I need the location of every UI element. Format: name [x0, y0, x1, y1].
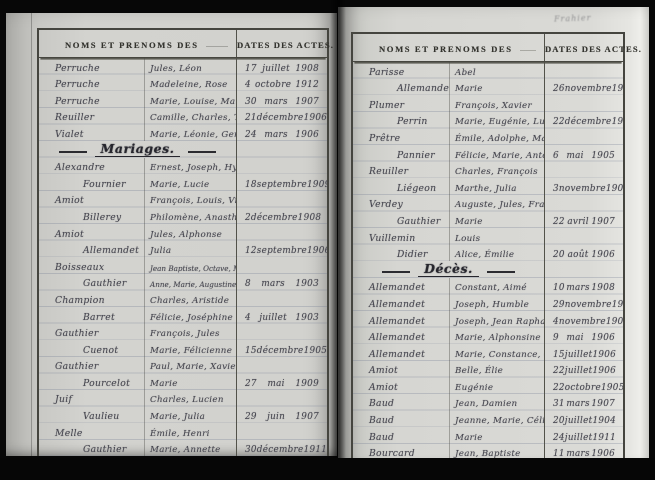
act-date: 22juillet1906 [545, 361, 623, 378]
act-date: 21décembre1906 [237, 108, 327, 125]
register-row: Allemandet Julia 12septembre1906 [39, 241, 327, 258]
act-date [545, 162, 623, 179]
surname: Vialet [39, 124, 145, 141]
given-names: François, Jules [145, 324, 237, 341]
section-heading: Décès. [353, 261, 545, 278]
surname: Juif [39, 390, 145, 407]
register-row: Plumer François, Xavier [353, 95, 623, 112]
given-names: Madeleine, Rose [145, 75, 237, 92]
register-row: Vaulieu Marie, Julia 29juin1907 [39, 406, 327, 423]
register-row: Alexandre Ernest, Joseph, Hyacinthe [39, 158, 327, 175]
register-row: Perruche Marie, Louise, Marguerite 30mar… [39, 91, 327, 108]
act-date [237, 290, 327, 307]
surname: Baud [353, 394, 450, 411]
act-date [237, 158, 327, 175]
dash-icon [487, 271, 515, 273]
register-page-left: NOMS ET PRENOMS DES DATES DES ACTES. Per… [6, 13, 337, 456]
act-date [237, 423, 327, 440]
act-date: 30mars1907 [237, 91, 327, 108]
surname: Fournier [39, 174, 145, 191]
header-dates-cell: DATES DES ACTES. [545, 42, 642, 54]
surname: Baud [353, 410, 450, 427]
surname: Perrin [353, 112, 450, 129]
surname: Perruche [39, 58, 145, 75]
given-names: Émile, Adolphe, Marie [450, 128, 545, 145]
given-names: Abel [450, 62, 545, 79]
header-dates-label: DATES DES ACTES. [545, 44, 642, 54]
surname: Baud [353, 427, 450, 444]
given-names: Marie, Louise, Marguerite [145, 91, 237, 108]
dash-icon [382, 271, 410, 273]
section-heading-row: Décès. [353, 261, 623, 278]
register-row: Allemandet Joseph, Jean Raphaël 4novembr… [353, 311, 623, 328]
surname: Amiot [39, 191, 145, 208]
register-row: Perruche Madeleine, Rose 4octobre1912 [39, 75, 327, 92]
given-names: Jean Baptiste, Octave, Maurice, Auguste [145, 257, 237, 274]
scan-background [0, 458, 655, 480]
act-date: 26novembre1904 [545, 79, 623, 96]
given-names: Marie [450, 427, 545, 444]
act-date: 2décembre1908 [237, 207, 327, 224]
register-row: Amiot François, Louis, Virgile [39, 191, 327, 208]
register-row: Pannier Félicie, Marie, Antoinette 6mai1… [353, 145, 623, 162]
act-date [237, 224, 327, 241]
act-date [237, 191, 327, 208]
given-names: Charles, François [450, 162, 545, 179]
surname: Verdey [353, 195, 450, 212]
act-date: 4juillet1903 [237, 307, 327, 324]
register-row: Didier Alice, Émilie 20août1906 [353, 245, 623, 262]
register-row: Gauthier Marie, Annette 30décembre1911 [39, 440, 327, 456]
given-names: Auguste, Jules, François [450, 195, 545, 212]
surname: Prêtre [353, 128, 450, 145]
surname: Allemandet [353, 328, 450, 345]
register-row: Verdey Auguste, Jules, François [353, 195, 623, 212]
surname: Perruche [39, 75, 145, 92]
surname: Amiot [39, 224, 145, 241]
given-names: Charles, Lucien [145, 390, 237, 407]
surname: Allemandet [353, 278, 450, 295]
index-table-right: NOMS ET PRENOMS DES DATES DES ACTES. Par… [351, 32, 625, 470]
given-names: Joseph, Jean Raphaël [450, 311, 545, 328]
act-date: 20août1906 [545, 245, 623, 262]
given-names: Marie [450, 211, 545, 228]
act-date: 9mai1906 [545, 328, 623, 345]
register-row: Amiot Eugénie 22octobre1905 [353, 377, 623, 394]
surname: Plumer [353, 95, 450, 112]
surname: Amiot [353, 377, 450, 394]
surname: Allemandet [353, 79, 450, 96]
act-date: 12septembre1906 [237, 241, 327, 258]
section-heading-row: Mariages. [39, 141, 327, 158]
given-names: François, Xavier [450, 95, 545, 112]
act-date: 27mai1909 [237, 373, 327, 390]
surname: Boisseaux [39, 257, 145, 274]
given-names: Belle, Élie [450, 361, 545, 378]
surname: Allemandet [353, 344, 450, 361]
register-row: Amiot Belle, Élie 22juillet1906 [353, 361, 623, 378]
act-date: 31mars1907 [545, 394, 623, 411]
act-date [237, 257, 327, 274]
surname: Barret [39, 307, 145, 324]
register-row: Gauthier François, Jules [39, 324, 327, 341]
given-names: Paul, Marie, Xavier [145, 357, 237, 374]
given-names: Marie, Annette [145, 440, 237, 456]
act-date: 30décembre1911 [237, 440, 327, 456]
act-date: 20juillet1904 [545, 410, 623, 427]
register-row: Allemandet Marie 26novembre1904 [353, 79, 623, 96]
given-names: Alice, Émilie [450, 245, 545, 262]
surname: Parisse [353, 62, 450, 79]
register-row: Boisseaux Jean Baptiste, Octave, Maurice… [39, 257, 327, 274]
given-names: Charles, Aristide [145, 290, 237, 307]
register-row: Vuillemin Louis [353, 228, 623, 245]
dash-icon [59, 151, 87, 153]
register-row: Baud Jeanne, Marie, Célina 20juillet1904 [353, 410, 623, 427]
register-row: Fournier Marie, Lucie 18septembre1909 [39, 174, 327, 191]
act-date: 8mars1903 [237, 274, 327, 291]
surname: Liégeon [353, 178, 450, 195]
register-row: Pourcelot Marie 27mai1909 [39, 373, 327, 390]
given-names: Marie, Alphonsine [450, 328, 545, 345]
register-row: Gauthier Anne, Marie, Augustine, Rosalie… [39, 274, 327, 291]
given-names: Marie, Léonie, Geneviève [145, 124, 237, 141]
given-names: Ernest, Joseph, Hyacinthe [145, 158, 237, 175]
surname: Melle [39, 423, 145, 440]
given-names: Jules, Alphonse [145, 224, 237, 241]
header-dates-cell: DATES DES ACTES. [237, 38, 334, 50]
header-names-cell: NOMS ET PRENOMS DES [353, 34, 545, 61]
header-names-cell: NOMS ET PRENOMS DES [39, 30, 237, 57]
surname: Alexandre [39, 158, 145, 175]
surname: Champion [39, 290, 145, 307]
register-row: Liégeon Marthe, Julia 3novembre1905 [353, 178, 623, 195]
act-date [237, 357, 327, 374]
table-header-left: NOMS ET PRENOMS DES DATES DES ACTES. [39, 30, 327, 58]
surname: Pourcelot [39, 373, 145, 390]
register-row: Baud Marie 24juillet1911 [353, 427, 623, 444]
given-names: Marie, Félicienne [145, 340, 237, 357]
register-row: Cuenot Marie, Félicienne 15décembre1905 [39, 340, 327, 357]
register-row: Melle Émile, Henri [39, 423, 327, 440]
given-names: Julia [145, 241, 237, 258]
given-names: Marie, Lucie [145, 174, 237, 191]
section-label: Mariages. [95, 141, 181, 157]
act-date [545, 62, 623, 79]
header-fill-rule [520, 50, 536, 51]
given-names: Joseph, Humble [450, 294, 545, 311]
act-date [545, 95, 623, 112]
act-date: 24juillet1911 [545, 427, 623, 444]
act-date: 29novembre1908 [545, 294, 623, 311]
register-row: Allemandet Marie, Alphonsine 9mai1906 [353, 328, 623, 345]
register-row: Billerey Philomène, Anasthasie 2décembre… [39, 207, 327, 224]
given-names: Marthe, Julia [450, 178, 545, 195]
register-row: Gauthier Marie 22avril1907 [353, 211, 623, 228]
register-row: Vialet Marie, Léonie, Geneviève 24mars19… [39, 124, 327, 141]
given-names: Émile, Henri [145, 423, 237, 440]
act-date [545, 128, 623, 145]
given-names: Jeanne, Marie, Célina [450, 410, 545, 427]
act-date: 29juin1907 [237, 406, 327, 423]
register-row: Baud Jean, Damien 31mars1907 [353, 394, 623, 411]
given-names: Constant, Aimé [450, 278, 545, 295]
given-names: Anne, Marie, Augustine, Rosalie [145, 274, 237, 291]
header-names-label: NOMS ET PRENOMS DES [379, 44, 513, 54]
page-gutter-shadow [330, 0, 346, 480]
given-names: Marie, Eugénie, Lucie [450, 112, 545, 129]
register-row: Allemandet Marie, Constance, Octavie 15j… [353, 344, 623, 361]
act-date: 15décembre1905 [237, 340, 327, 357]
surname: Amiot [353, 361, 450, 378]
register-row: Allemandet Constant, Aimé 10mars1908 [353, 278, 623, 295]
act-date-empty [545, 261, 623, 278]
surname: Reuiller [353, 162, 450, 179]
dash-icon [188, 151, 216, 153]
surname: Cuenot [39, 340, 145, 357]
register-row: Perruche Jules, Léon 17juillet1908 [39, 58, 327, 75]
act-date: 3novembre1905 [545, 178, 623, 195]
entries-right: Parisse Abel Allemandet Marie 26novembre… [353, 62, 623, 460]
act-date: 22octobre1905 [545, 377, 623, 394]
surname: Gauthier [39, 274, 145, 291]
act-date: 6mai1905 [545, 145, 623, 162]
header-fill-rule [206, 46, 228, 47]
act-date: 22avril1907 [545, 211, 623, 228]
register-row: Gauthier Paul, Marie, Xavier [39, 357, 327, 374]
register-row: Juif Charles, Lucien [39, 390, 327, 407]
act-date-empty [237, 141, 327, 158]
given-names: Marie, Constance, Octavie [450, 344, 545, 361]
header-dates-label: DATES DES ACTES. [237, 40, 334, 50]
surname: Gauthier [39, 357, 145, 374]
surname: Allemandet [39, 241, 145, 258]
act-date [237, 390, 327, 407]
given-names: Philomène, Anasthasie [145, 207, 237, 224]
entries-left: Perruche Jules, Léon 17juillet1908 Perru… [39, 58, 327, 456]
surname: Gauthier [39, 324, 145, 341]
register-row: Parisse Abel [353, 62, 623, 79]
act-date: 22décembre1908 [545, 112, 623, 129]
surname: Vuillemin [353, 228, 450, 245]
act-date: 18septembre1909 [237, 174, 327, 191]
act-date: 24mars1906 [237, 124, 327, 141]
surname: Gauthier [39, 440, 145, 456]
table-header-right: NOMS ET PRENOMS DES DATES DES ACTES. [353, 34, 623, 62]
act-date [545, 228, 623, 245]
act-date: 17juillet1908 [237, 58, 327, 75]
given-names: Marie [145, 373, 237, 390]
given-names: Marie, Julia [145, 406, 237, 423]
section-label: Décès. [418, 261, 479, 277]
act-date [237, 324, 327, 341]
header-names-label: NOMS ET PRENOMS DES [65, 40, 199, 50]
act-date: 4octobre1912 [237, 75, 327, 92]
index-table-left: NOMS ET PRENOMS DES DATES DES ACTES. Per… [37, 28, 329, 456]
surname: Allemandet [353, 311, 450, 328]
given-names: Félicie, Joséphine [145, 307, 237, 324]
surname: Pannier [353, 145, 450, 162]
given-names: Louis [450, 228, 545, 245]
surname: Billerey [39, 207, 145, 224]
surname: Gauthier [353, 211, 450, 228]
given-names: Félicie, Marie, Antoinette [450, 145, 545, 162]
given-names: Jean, Damien [450, 394, 545, 411]
act-date: 4novembre1908 [545, 311, 623, 328]
register-row: Reuiller Camille, Charles, Théodore 21dé… [39, 108, 327, 125]
register-row: Perrin Marie, Eugénie, Lucie 22décembre1… [353, 112, 623, 129]
act-date: 10mars1908 [545, 278, 623, 295]
surname: Didier [353, 245, 450, 262]
section-heading: Mariages. [39, 141, 237, 158]
register-row: Allemandet Joseph, Humble 29novembre1908 [353, 294, 623, 311]
act-date: 15juillet1906 [545, 344, 623, 361]
surname: Allemandet [353, 294, 450, 311]
act-date [545, 195, 623, 212]
given-names: Jules, Léon [145, 58, 237, 75]
given-names: Eugénie [450, 377, 545, 394]
register-row: Prêtre Émile, Adolphe, Marie [353, 128, 623, 145]
register-scan: NOMS ET PRENOMS DES DATES DES ACTES. Per… [0, 0, 655, 480]
register-row: Reuiller Charles, François [353, 162, 623, 179]
given-names: François, Louis, Virgile [145, 191, 237, 208]
register-row: Champion Charles, Aristide [39, 290, 327, 307]
pencil-annotation: Frahier [554, 13, 592, 23]
register-row: Barret Félicie, Joséphine 4juillet1903 [39, 307, 327, 324]
register-row: Amiot Jules, Alphonse [39, 224, 327, 241]
register-page-right: Frahier NOMS ET PRENOMS DES DATES DES AC… [338, 7, 649, 470]
surname: Reuiller [39, 108, 145, 125]
given-names: Marie [450, 79, 545, 96]
given-names: Camille, Charles, Théodore [145, 108, 237, 125]
surname: Perruche [39, 91, 145, 108]
surname: Vaulieu [39, 406, 145, 423]
